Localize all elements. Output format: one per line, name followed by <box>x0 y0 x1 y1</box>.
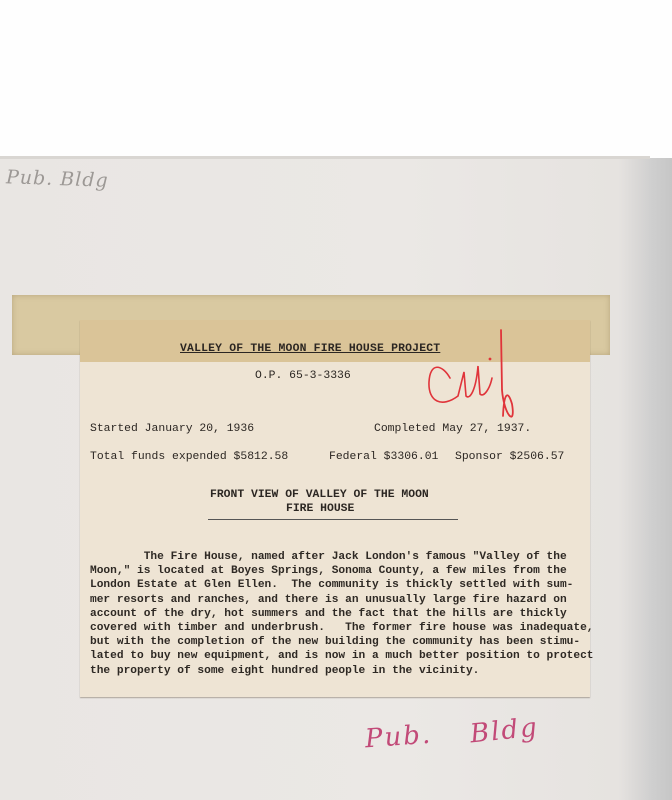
photo-caption-line2: FIRE HOUSE <box>286 503 354 515</box>
start-date: Started January 20, 1936 <box>90 423 254 435</box>
mount-edge <box>0 156 650 159</box>
sponsor-funds: Sponsor $2506.57 <box>455 451 564 463</box>
federal-funds: Federal $3306.01 <box>329 451 438 463</box>
photo-caption-line1: FRONT VIEW OF VALLEY OF THE MOON <box>210 489 429 501</box>
description-paragraph: The Fire House, named after Jack London'… <box>90 550 590 678</box>
blank-top-margin <box>0 0 672 158</box>
caption-underline <box>208 519 458 520</box>
total-funds: Total funds expended $5812.58 <box>90 451 288 463</box>
red-pencil-annotation: Calif <box>420 320 550 440</box>
ink-signature-left: Pub. <box>364 720 433 755</box>
project-number: O.P. 65-3-3336 <box>255 370 351 382</box>
pencil-note: Pub. Bldg <box>6 166 109 192</box>
document-title: VALLEY OF THE MOON FIRE HOUSE PROJECT <box>180 343 440 355</box>
